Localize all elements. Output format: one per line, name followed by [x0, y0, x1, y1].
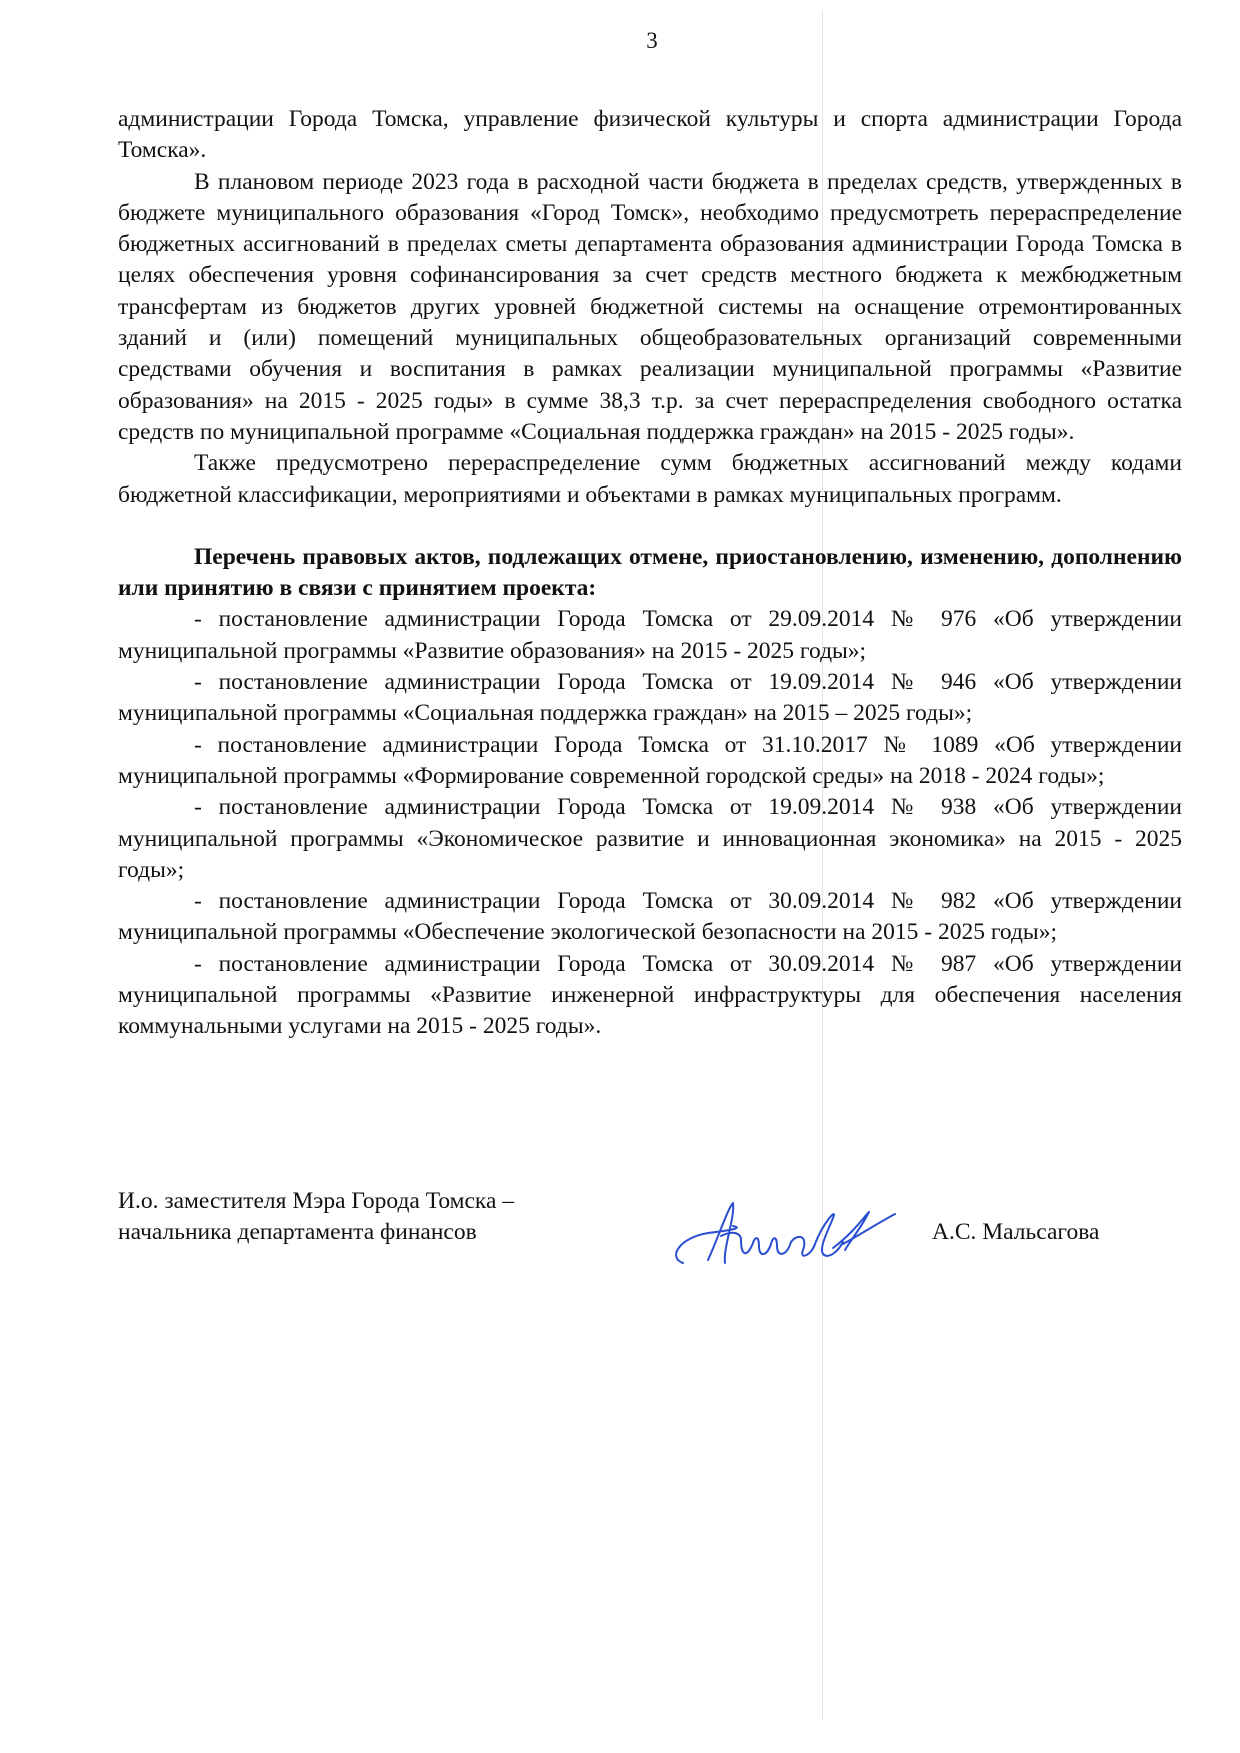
paragraph-continuation: администрации Города Томска, управление …	[118, 104, 1182, 167]
legal-act-item: - постановление администрации Города Том…	[118, 886, 1182, 949]
legal-act-item: - постановление администрации Города Том…	[118, 667, 1182, 730]
legal-act-item: - постановление администрации Города Том…	[118, 949, 1182, 1043]
paragraph-redistribution: Также предусмотрено перераспределение су…	[118, 448, 1182, 511]
legal-act-item: - постановление администрации Города Том…	[118, 730, 1182, 793]
signatory-title-line2: начальника департамента финансов	[118, 1217, 514, 1248]
paragraph-budget-2023: В плановом периоде 2023 года в расходной…	[118, 167, 1182, 449]
signatory-name: А.С. Мальсагова	[932, 1217, 1099, 1248]
legal-act-item: - постановление администрации Города Том…	[118, 792, 1182, 886]
signatory-title: И.о. заместителя Мэра Города Томска – на…	[118, 1186, 514, 1248]
signatory-title-line1: И.о. заместителя Мэра Города Томска –	[118, 1186, 514, 1217]
legal-acts-heading: Перечень правовых актов, подлежащих отме…	[118, 542, 1182, 605]
legal-act-item: - постановление администрации Города Том…	[118, 604, 1182, 667]
handwritten-signature-icon	[663, 1178, 903, 1278]
document-body: администрации Города Томска, управление …	[118, 104, 1182, 1043]
spacer	[118, 511, 1182, 542]
page-number: 3	[0, 28, 1240, 54]
signature-block: И.о. заместителя Мэра Города Томска – на…	[118, 1186, 1182, 1266]
